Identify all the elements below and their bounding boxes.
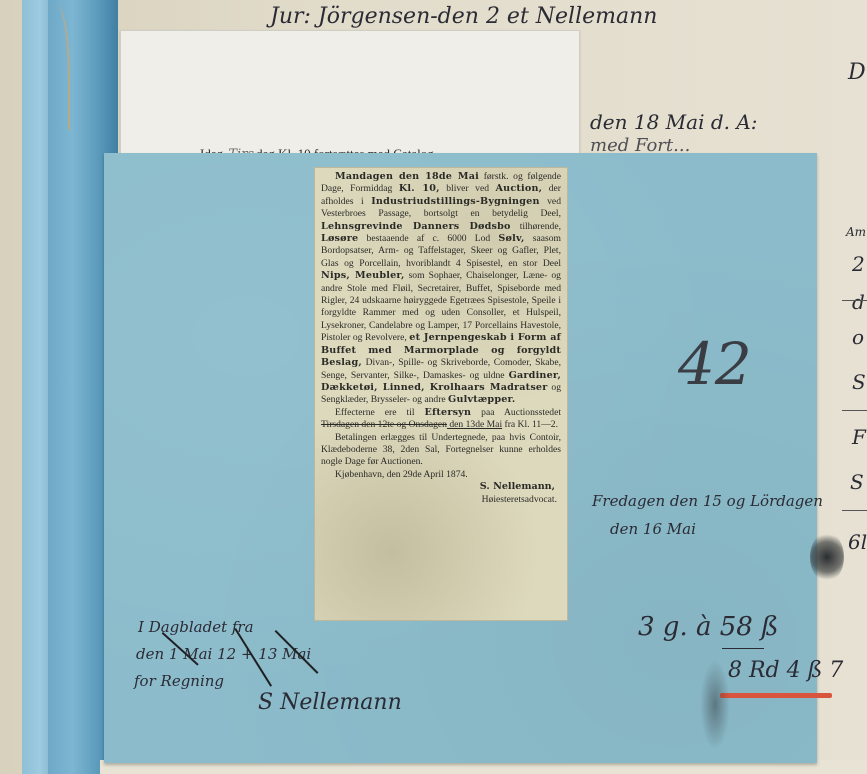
clipping-run: paa Auctionsstedet [471, 407, 561, 418]
clipping-run: Kl. 10, [399, 183, 440, 194]
calc-underline [722, 648, 764, 649]
clipping-signature-title: Høiesteretsadvocat. [321, 494, 561, 506]
card-calc-line-2: 8 Rd 4 ß 7 [728, 658, 843, 683]
clipping-run: Kjøbenhavn, den 29de April 1874. [335, 469, 468, 480]
ledger-mark: Am [846, 225, 866, 239]
clipping-run: Nips, Meubler, [321, 270, 405, 281]
newspaper-clipping: Mandagen den 18de Mai førstk. og følgend… [315, 168, 567, 620]
card-left-note-line-2: den 1 Mai 12 + 13 Mai [136, 645, 311, 663]
card-right-note-line-2: den 16 Mai [610, 520, 696, 538]
clipping-run: Tirsdagen den 12te og Onsdagen [321, 419, 447, 430]
ledger-mark: S [850, 470, 864, 494]
clipping-paragraph-viewing: Effecterne ere til Eftersyn paa Auctions… [321, 407, 561, 432]
card-number: 42 [678, 330, 752, 398]
clipping-run: Sølv, [498, 233, 524, 244]
card-left-signature: S Nellemann [258, 690, 402, 715]
card-left-note-line-3: for Regning [134, 672, 224, 690]
clipping-paragraph-payment: Betalingen erlægges til Undertegnede, pa… [321, 432, 561, 469]
printed-sheet [120, 30, 580, 162]
clipping-run: Auction, [496, 183, 543, 194]
red-pencil-underline [720, 693, 832, 698]
card-right-note-line-1: Fredagen den 15 og Lördagen [592, 492, 823, 510]
clipping-run: Lehnsgrevinde Danners Dødsbo [321, 221, 511, 232]
clipping-run: bestaaende af c. 6000 Lod [358, 233, 498, 244]
clipping-run: tilhørende, [511, 221, 561, 232]
clipping-run: bliver ved [440, 183, 496, 194]
clipping-run: Gulvtæpper. [448, 394, 515, 405]
clipping-run: Løsøre [321, 233, 358, 244]
clipping-run: fra Kl. 11—2. [502, 419, 558, 430]
clipping-run: Mandagen den 18de Mai [335, 171, 479, 182]
ledger-mark: S [852, 370, 866, 394]
ledger-mark: d [852, 290, 865, 314]
clipping-run: Industriudstillings-Bygningen [371, 196, 539, 207]
ink-blot [810, 532, 844, 582]
ledger-rule [842, 300, 867, 301]
clipping-paragraph-date: Kjøbenhavn, den 29de April 1874. [321, 469, 561, 481]
clipping-run: den 13de Mai [447, 419, 502, 430]
ledger-right-line-1: den 18 Mai d. A: [590, 110, 758, 134]
ledger-mark: F [852, 425, 866, 449]
ledger-mark: 2 [852, 252, 865, 276]
ledger-mark: D [848, 60, 866, 85]
clipping-signature: S. Nellemann, [321, 481, 561, 493]
card-calc-line-1: 3 g. à 58 ß [638, 612, 778, 642]
clipping-run: Eftersyn [425, 407, 472, 418]
clipping-run: Effecterne ere til [335, 407, 425, 418]
ledger-top-line: Jur: Jörgensen-den 2 et Nellemann [270, 4, 657, 29]
clipping-run: Betalingen erlægges til Undertegnede, pa… [321, 432, 561, 468]
clipping-paragraph-main: Mandagen den 18de Mai førstk. og følgend… [321, 171, 561, 407]
ledger-rule [842, 410, 867, 411]
ink-smudge [700, 660, 730, 750]
ledger-mark: o [852, 325, 864, 349]
ledger-rule [842, 510, 867, 511]
ledger-mark: 6l [848, 530, 867, 554]
